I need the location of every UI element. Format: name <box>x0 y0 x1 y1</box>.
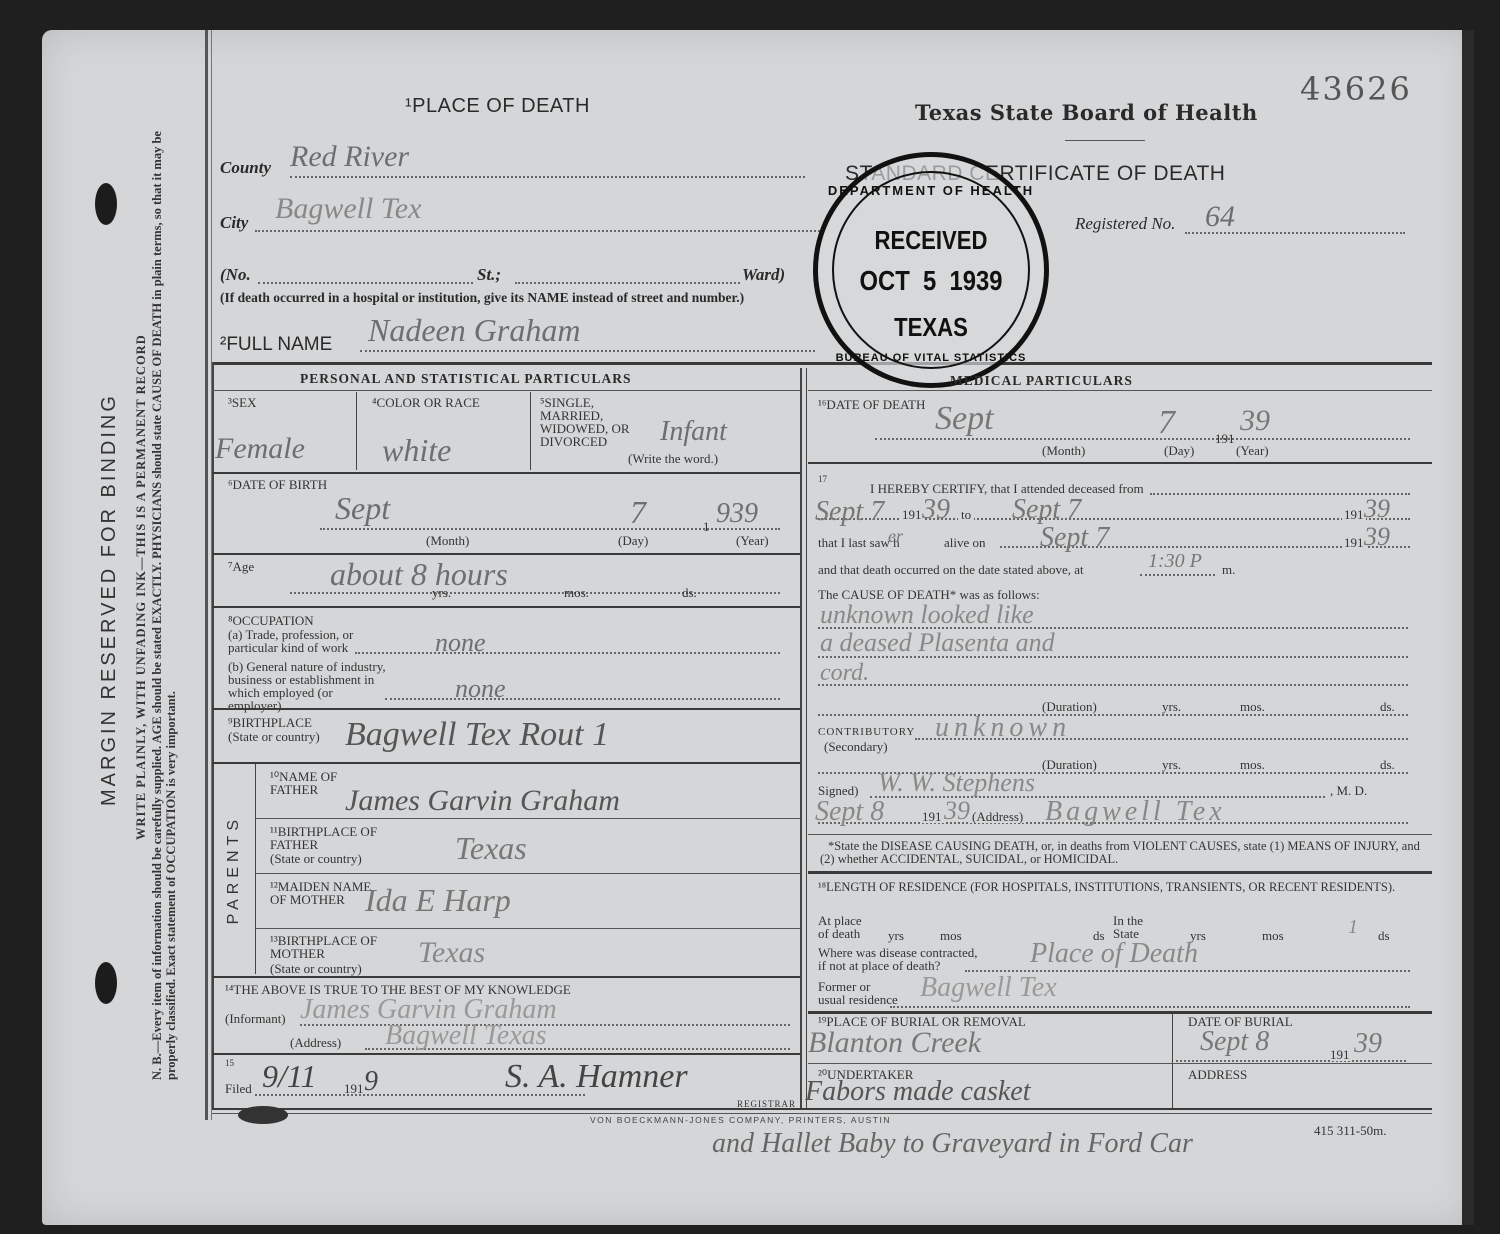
sex-value: Female <box>215 432 305 466</box>
race-marital-divider <box>530 392 531 470</box>
street-no-label: (No. <box>220 265 251 285</box>
dob-line <box>320 528 780 530</box>
dob-day-caption: (Day) <box>618 534 648 547</box>
former-residence-line <box>890 1006 1410 1008</box>
former-residence-value: Bagwell Tex <box>920 972 1057 1004</box>
duration-ds-2: ds. <box>1378 758 1397 771</box>
duration-mos-2: mos. <box>1238 758 1267 771</box>
dod-line <box>875 438 1410 440</box>
contributory-value: unknown <box>935 712 1071 744</box>
mother-maiden-value: Ida E Harp <box>365 882 511 919</box>
occupation-a-label: (a) Trade, profession, or particular kin… <box>228 628 373 654</box>
handwritten-note: and Hallet Baby to Graveyard in Ford Car <box>712 1128 1193 1160</box>
duration-yrs-1: yrs. <box>1160 700 1183 713</box>
occupation-a-line <box>355 652 780 654</box>
city-label: City <box>220 213 248 233</box>
row-rule <box>212 606 800 608</box>
undertaker-value: Fabors made casket <box>805 1076 1031 1108</box>
attended-to-year-prefix: 191 <box>1342 508 1366 521</box>
dod-year: 39 <box>1240 404 1270 438</box>
duration-ds-1: ds. <box>1378 700 1397 713</box>
certify-text: I HEREBY CERTIFY, that I attended deceas… <box>870 482 1144 495</box>
city-value: Bagwell Tex <box>275 192 421 226</box>
occupation-label: ⁸OCCUPATION <box>228 614 314 627</box>
dod-month-caption: (Month) <box>1042 444 1085 457</box>
attended-from-year-prefix: 191 <box>900 508 924 521</box>
dod-day-caption: (Day) <box>1164 444 1194 457</box>
last-saw-pronoun: er <box>888 526 903 547</box>
personal-head-rule <box>212 390 800 391</box>
medical-section-title: MEDICAL PARTICULARS <box>950 373 1133 389</box>
age-yrs: yrs. <box>432 586 451 599</box>
contracted-value: Place of Death <box>1030 938 1198 970</box>
residence-place-yrs: yrs <box>888 929 904 942</box>
informant-address-value: Bagwell Texas <box>385 1020 547 1052</box>
birthplace-sub: (State or country) <box>228 730 320 743</box>
residence-in-state-label: In the State <box>1113 914 1158 940</box>
duration-label-2: (Duration) <box>1040 758 1099 771</box>
father-birthplace-value: Texas <box>455 830 527 867</box>
alive-on-year-prefix: 191 <box>1342 536 1366 549</box>
form-code: 415 311-50m. <box>1314 1123 1386 1139</box>
ward-line <box>515 282 740 284</box>
write-plainly-note: WRITE PLAINLY, WITH UNFADING INK—THIS IS… <box>134 95 149 1080</box>
informant-label: (Informant) <box>225 1012 286 1025</box>
race-value: white <box>382 432 451 469</box>
county-label: County <box>220 158 271 178</box>
mother-birthplace-value: Texas <box>418 936 485 970</box>
occupation-b-value: none <box>455 674 506 704</box>
marital-label: ⁵SINGLE, MARRIED, WIDOWED, OR DIVORCED <box>540 396 660 448</box>
contributory-label: CONTRIBUTORY <box>818 726 915 739</box>
residence-state-ds: ds <box>1378 929 1390 942</box>
registered-no-label: Registered No. <box>1075 214 1175 234</box>
cause-line-2-value: a deased Plasenta and <box>820 628 1055 658</box>
registered-no-value: 64 <box>1205 200 1235 234</box>
certify-item-no: 17 <box>818 473 827 486</box>
center-divider <box>800 368 802 1110</box>
footer-rule-thin <box>212 1113 1432 1114</box>
stamp-ring-top: DEPARTMENT OF HEALTH <box>818 183 1044 198</box>
parents-side-label: PARENTS <box>225 815 243 924</box>
nb-note: N. B.—Every item of information should b… <box>150 95 200 1080</box>
stamp-month: OCT <box>860 265 910 296</box>
death-time-m: m. <box>1222 563 1235 576</box>
personal-section-title: PERSONAL AND STATISTICAL PARTICULARS <box>300 371 631 387</box>
attended-to-label: to <box>958 508 974 521</box>
md-label: , M. D. <box>1330 784 1367 797</box>
age-mos: mos. <box>564 586 589 599</box>
margin-binding-label: MARGIN RESERVED FOR BINDING <box>98 340 121 860</box>
binding-hole-top <box>95 183 117 225</box>
board-title: Texas State Board of Health <box>915 100 1258 125</box>
binding-hole-bottom <box>95 962 117 1004</box>
filed-year-prefix: 191 <box>344 1082 364 1095</box>
attended-to-year: 39 <box>1364 494 1390 524</box>
stamp-day: 5 <box>923 265 936 296</box>
mother-birthplace-sub: (State or country) <box>270 962 362 975</box>
row-rule <box>808 462 1432 464</box>
row-rule <box>212 708 800 710</box>
cause-line-1-value: unknown looked like <box>820 600 1034 630</box>
father-name-value: James Garvin Graham <box>345 784 620 818</box>
marital-hint: (Write the word.) <box>628 452 718 465</box>
dob-month-caption: (Month) <box>426 534 469 547</box>
informant-address-label: (Address) <box>290 1036 341 1049</box>
attended-from: Sept 7 <box>815 496 884 528</box>
death-time-label: and that death occurred on the date stat… <box>818 563 1084 576</box>
race-label: ⁴COLOR OR RACE <box>372 396 480 409</box>
row-rule <box>212 762 800 764</box>
residence-label: ¹⁸LENGTH OF RESIDENCE (FOR HOSPITALS, IN… <box>818 881 1428 894</box>
alive-on-value: Sept 7 <box>1040 522 1109 554</box>
center-divider-thin <box>806 368 807 1110</box>
contributory-sub: (Secondary) <box>824 740 888 753</box>
age-ds: ds. <box>682 586 697 599</box>
duration-mos-1: mos. <box>1238 700 1267 713</box>
certificate-number: 43626 <box>1300 70 1412 108</box>
age-label: ⁷Age <box>228 560 254 573</box>
sex-label: ³SEX <box>228 396 256 409</box>
footer-rule <box>212 1108 1432 1110</box>
registrar-signature: S. A. Hamner <box>505 1058 688 1096</box>
burial-date-value: Sept 8 <box>1200 1026 1269 1058</box>
county-line <box>290 176 805 178</box>
sex-race-divider <box>356 392 357 470</box>
row-rule <box>212 1053 800 1055</box>
alive-on-label: alive on <box>944 536 986 549</box>
dod-day: 7 <box>1158 404 1175 442</box>
dob-year: 939 <box>716 498 758 530</box>
signed-year-prefix: 191 <box>920 810 944 823</box>
row-rule <box>808 871 1432 874</box>
dod-label: ¹⁶DATE OF DEATH <box>818 398 925 411</box>
dob-label: ⁶DATE OF BIRTH <box>228 478 327 491</box>
signed-year: 39 <box>944 796 970 826</box>
row-rule <box>256 818 800 819</box>
stamp-year: 1939 <box>949 265 1002 296</box>
dob-year-caption: (Year) <box>736 534 769 547</box>
alive-on-year: 39 <box>1364 522 1390 552</box>
filed-item-no: 15 <box>225 1057 234 1070</box>
duration-yrs-2: yrs. <box>1160 758 1183 771</box>
dod-month: Sept <box>935 400 994 438</box>
death-time-line <box>1140 574 1215 576</box>
left-frame <box>212 362 214 1110</box>
undertaker-address-label: ADDRESS <box>1188 1068 1247 1081</box>
dod-year-caption: (Year) <box>1236 444 1269 457</box>
burial-year-prefix: 191 <box>1330 1048 1350 1061</box>
stamp-state: TEXAS <box>835 312 1027 343</box>
ward-label: Ward) <box>742 265 785 285</box>
county-value: Red River <box>290 140 409 174</box>
occupation-a-value: none <box>435 628 486 658</box>
occupation-b-label: (b) General nature of industry, business… <box>228 660 388 712</box>
row-rule <box>256 873 800 874</box>
cause-line-3-value: cord. <box>820 660 869 687</box>
dob-month: Sept <box>335 490 390 527</box>
residence-at-place-label: At place of death <box>818 914 868 940</box>
row-rule <box>212 976 800 978</box>
medical-head-rule <box>808 390 1432 391</box>
full-name-value: Nadeen Graham <box>368 312 580 349</box>
title-divider <box>1065 140 1145 141</box>
received-stamp: DEPARTMENT OF HEALTH RECEIVED OCT 5 1939… <box>813 152 1049 388</box>
union-label-emblem <box>238 1106 288 1124</box>
full-name-label: ²FULL NAME <box>220 334 332 356</box>
stamp-received: RECEIVED <box>835 225 1027 256</box>
filed-value: 9/11 <box>262 1058 317 1095</box>
physician-address-label: (Address) <box>970 810 1025 823</box>
row-rule <box>212 472 800 474</box>
residence-place-mos: mos <box>940 929 962 942</box>
city-line <box>255 230 820 232</box>
street-label: St.; <box>477 265 501 285</box>
cause-line-3 <box>818 684 1408 686</box>
row-rule <box>256 928 800 929</box>
stamp-ring-bottom: BUREAU OF VITAL STATISTICS <box>818 352 1044 364</box>
signed-value: W. W. Stephens <box>878 768 1035 798</box>
filed-year: 9 <box>364 1066 378 1098</box>
street-no-line <box>258 282 473 284</box>
age-value: about 8 hours <box>330 556 508 593</box>
stamp-date: OCT 5 1939 <box>835 265 1027 297</box>
row-rule <box>808 1063 1432 1064</box>
full-name-line <box>360 350 815 352</box>
signed-date: Sept 8 <box>815 796 884 828</box>
father-birthplace-label: ¹¹BIRTHPLACE OF FATHER <box>270 825 380 851</box>
filed-label: Filed <box>225 1082 252 1095</box>
physician-address-value: Bagwell Tex <box>1045 796 1226 828</box>
attended-from-year: 39 <box>922 494 950 526</box>
row-rule <box>212 553 800 555</box>
binding-margin-rule <box>205 30 208 1120</box>
dob-year-prefix: 1 <box>703 520 710 533</box>
duration-line-1 <box>818 714 1408 716</box>
father-birthplace-sub: (State or country) <box>270 852 362 865</box>
burial-divider <box>1172 1014 1173 1108</box>
former-residence-label: Former or usual residence <box>818 980 898 1006</box>
paper-edge <box>1462 30 1474 1225</box>
hospital-note: (If death occurred in a hospital or inst… <box>220 290 744 306</box>
dob-day: 7 <box>630 494 646 531</box>
death-time-value: 1:30 P <box>1148 550 1202 573</box>
burial-year: 39 <box>1354 1028 1382 1060</box>
printer-credit: VON BOECKMANN-JONES COMPANY, PRINTERS, A… <box>590 1115 891 1125</box>
place-of-death-title: ¹PLACE OF DEATH <box>405 95 590 118</box>
row-rule <box>808 834 1432 835</box>
birthplace-label: ⁹BIRTHPLACE <box>228 716 312 729</box>
dod-year-prefix: 191 <box>1215 432 1235 445</box>
cause-footnote: *State the DISEASE CAUSING DEATH, or, in… <box>820 840 1420 866</box>
residence-state-ds-value: 1 <box>1348 916 1358 939</box>
parents-divider <box>255 764 256 974</box>
occupation-b-line <box>385 698 780 700</box>
marital-value: Infant <box>660 416 727 448</box>
mother-birthplace-label: ¹³BIRTHPLACE OF MOTHER <box>270 934 380 960</box>
birthplace-value: Bagwell Tex Rout 1 <box>345 716 609 754</box>
burial-place-value: Blanton Creek <box>808 1026 981 1060</box>
burial-date-line <box>1176 1060 1406 1062</box>
residence-state-mos: mos <box>1262 929 1284 942</box>
contracted-label: Where was disease contracted, if not at … <box>818 946 988 972</box>
